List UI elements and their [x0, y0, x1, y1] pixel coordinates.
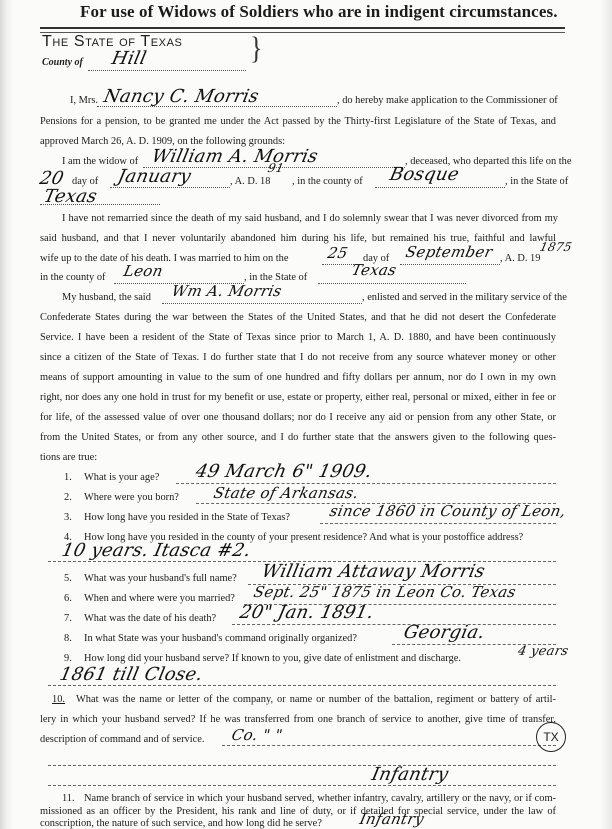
q9-answer-a-field[interactable]: 4 years — [516, 644, 569, 659]
q6-answer-field[interactable]: Sept. 25" 1875 in Leon Co. Texas — [252, 583, 518, 601]
applicant-name-field[interactable]: Nancy C. Morris — [102, 86, 261, 107]
q10-extra-line-2 — [48, 785, 556, 786]
q2-answer-field[interactable]: State of Arkansas. — [212, 484, 360, 502]
q8-text: In what State was your husband's command… — [84, 633, 357, 645]
marriage-year-field[interactable]: 1875 — [539, 240, 574, 254]
q7-number: 7. — [64, 613, 72, 625]
q7-line — [232, 624, 556, 625]
q8-answer-field[interactable]: Georgia. — [402, 622, 487, 643]
service-line-8: tions are true: — [40, 452, 97, 464]
q7-answer-field[interactable]: 20" Jan. 1891. — [238, 602, 376, 623]
service-line-6: for life, of the assessed value of over … — [40, 412, 556, 424]
service-line-1: Confederate States during the war betwee… — [40, 312, 556, 324]
service-line-3: since a citizen of the State of Texas. I… — [40, 352, 556, 364]
q6-text: When and where were you married? — [84, 593, 235, 605]
ad-label: , A. D. 18 — [230, 176, 270, 188]
state-title: The State of Texas — [42, 33, 182, 51]
q11-line-3: conscription, the nature of such service… — [40, 818, 322, 829]
death-month-line — [110, 187, 230, 188]
pension-application-page: For use of Widows of Soldiers who are in… — [0, 0, 612, 829]
q11-number: 11. — [62, 793, 75, 805]
q2-text: Where were you born? — [84, 492, 179, 504]
husband-short-line — [162, 303, 362, 304]
q10-line-2: lery in which your husband served? If he… — [40, 714, 556, 726]
husband-short-field[interactable]: Wm A. Morris — [170, 282, 283, 300]
q10-line-1: What was the name or letter of the compa… — [76, 694, 556, 706]
tx-stamp: TX — [536, 722, 566, 752]
q10-line-3: description of command and of service. — [40, 734, 204, 746]
death-state-label: , in the State of — [505, 176, 568, 188]
q10-extra-line-1 — [48, 765, 556, 766]
q5-text: What was your husband's full name? — [84, 573, 237, 585]
service-suffix: , enlisted and served in the military se… — [362, 292, 567, 304]
q3-answer-field[interactable]: since 1860 in County of Leon, — [328, 502, 568, 520]
service-line-2: Service. I have been a resident of the S… — [40, 332, 556, 344]
brace: } — [250, 31, 262, 67]
q1-number: 1. — [64, 472, 72, 484]
q9-answer-b-field[interactable]: 1861 till Close. — [58, 664, 205, 685]
marriage-state-line — [318, 283, 466, 284]
q1-text: What is your age? — [84, 472, 159, 484]
applicant-suffix: , do hereby make application to the Comm… — [337, 95, 558, 107]
form-header-title: For use of Widows of Soldiers who are in… — [80, 2, 558, 22]
q3-line — [320, 523, 556, 524]
death-county-field[interactable]: Bosque — [388, 164, 461, 185]
marriage-month-line — [400, 264, 500, 265]
q9-line — [48, 685, 556, 686]
service-line-7: from the United States, or from any othe… — [40, 432, 556, 444]
death-year-field[interactable]: 91 — [267, 161, 286, 175]
service-prefix: My husband, the said — [62, 292, 151, 304]
q6-number: 6. — [64, 593, 72, 605]
county-line — [88, 70, 246, 71]
q11-line-1: Name branch of service in which your hus… — [84, 793, 556, 805]
q3-text: How long have you resided in the State o… — [84, 512, 290, 524]
marriage-ad-label: , A. D. 19 — [500, 253, 540, 265]
county-label: County of — [42, 57, 83, 68]
q1-answer-field[interactable]: 49 March 6" 1909. — [194, 461, 374, 482]
q10-number: 10. — [52, 694, 65, 706]
death-county-label: , in the county of — [292, 176, 363, 188]
service-line-5: right, nor does any one hold in trust fo… — [40, 392, 556, 404]
death-month-field[interactable]: January — [116, 166, 193, 187]
death-county-line — [375, 187, 505, 188]
q3-number: 3. — [64, 512, 72, 524]
q11-line-2: missioned as an officer by the President… — [40, 806, 556, 818]
q2-number: 2. — [64, 492, 72, 504]
marriage-month-field[interactable]: September — [404, 243, 494, 261]
q5-answer-field[interactable]: William Attaway Morris — [260, 561, 487, 582]
marriage-state-field[interactable]: Texas — [350, 261, 398, 279]
county-field[interactable]: Hill — [110, 48, 149, 69]
marriage-county-field[interactable]: Leon — [122, 262, 165, 280]
death-state-field[interactable]: Texas — [42, 186, 99, 207]
service-line-4: means of support amounting in value to t… — [40, 372, 556, 384]
husband-name-field[interactable]: William A. Morris — [150, 146, 320, 167]
marriage-county-prefix: in the county of — [40, 272, 106, 284]
q5-number: 5. — [64, 573, 72, 585]
q10-line — [222, 745, 556, 746]
q11-answer-field[interactable]: Infantry — [358, 810, 426, 828]
application-line-2: Pensions for a pension, to be granted me… — [40, 116, 556, 128]
q10-answer-field[interactable]: Co. " " — [230, 726, 284, 744]
q4-answer-field[interactable]: 10 years. Itasca #2. — [60, 540, 253, 561]
q7-text: What was the date of his death? — [84, 613, 216, 625]
q10-answer-extra-field[interactable]: Infantry — [370, 764, 451, 785]
oath-line-1: I have not remarried since the death of … — [62, 213, 558, 225]
applicant-prefix: I, Mrs. — [70, 95, 98, 107]
marriage-day-field[interactable]: 25 — [326, 244, 350, 262]
q8-number: 8. — [64, 633, 72, 645]
